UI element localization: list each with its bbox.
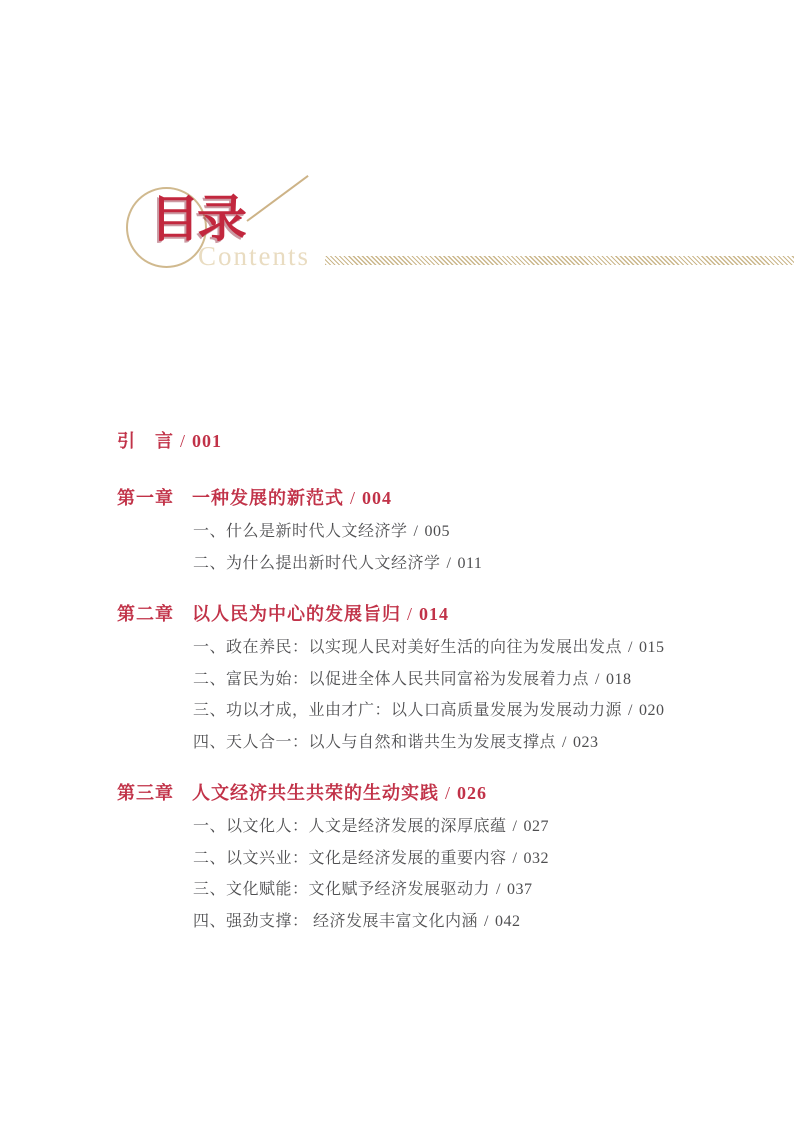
entry-text: 一、什么是新时代人文经济学	[193, 523, 408, 540]
toc-entry: 一、什么是新时代人文经济学/005	[117, 516, 737, 548]
separator: /	[180, 431, 186, 451]
chapter-title: 以人民为中心的发展旨归	[192, 604, 401, 624]
page-number: 026	[457, 783, 487, 803]
separator: /	[628, 702, 633, 719]
intro-label: 引 言	[117, 431, 174, 451]
separator: /	[445, 783, 451, 803]
entry-text: 一、以文化人：人文是经济发展的深厚底蕴	[193, 818, 507, 835]
separator: /	[407, 604, 413, 624]
hatch-band-decoration	[325, 256, 794, 265]
toc-intro-entry: 引 言/001	[117, 427, 737, 455]
document-page: 目录 Contents 引 言/001 第一章一种发展的新范式/004 一、什么…	[0, 0, 794, 1122]
entry-text: 一、政在养民：以实现人民对美好生活的向往为发展出发点	[193, 639, 622, 656]
chapter-label: 第三章	[117, 783, 174, 803]
entry-text: 二、富民为始：以促进全体人民共同富裕为发展着力点	[193, 671, 589, 688]
chapter-label: 第一章	[117, 488, 174, 508]
toc-entry: 二、富民为始：以促进全体人民共同富裕为发展着力点/018	[117, 664, 737, 696]
entry-text: 四、天人合一：以人与自然和谐共生为发展支撑点	[193, 734, 556, 751]
separator: /	[414, 523, 419, 540]
page-number: 020	[639, 702, 665, 719]
page-number: 015	[639, 639, 665, 656]
toc-entry: 一、以文化人：人文是经济发展的深厚底蕴/027	[117, 811, 737, 843]
chapter-heading: 第一章一种发展的新范式/004	[117, 483, 737, 513]
entry-text: 二、以文兴业：文化是经济发展的重要内容	[193, 850, 507, 867]
chapter-label: 第二章	[117, 604, 174, 624]
entry-text: 二、为什么提出新时代人文经济学	[193, 555, 441, 572]
diagonal-line-decoration	[246, 175, 308, 222]
page-number: 011	[457, 555, 482, 572]
chapter-heading: 第三章人文经济共生共荣的生动实践/026	[117, 778, 737, 808]
table-of-contents: 引 言/001 第一章一种发展的新范式/004 一、什么是新时代人文经济学/00…	[117, 427, 737, 937]
separator: /	[513, 818, 518, 835]
toc-entry: 四、天人合一：以人与自然和谐共生为发展支撑点/023	[117, 727, 737, 759]
separator: /	[447, 555, 452, 572]
page-number: 005	[424, 523, 450, 540]
page-number: 032	[523, 850, 549, 867]
page-title: 目录	[150, 191, 244, 249]
page-number: 014	[419, 604, 449, 624]
page-number: 037	[507, 881, 533, 898]
separator: /	[484, 913, 489, 930]
page-number: 001	[192, 431, 222, 451]
chapter-title: 人文经济共生共荣的生动实践	[192, 783, 439, 803]
chapter-items: 一、什么是新时代人文经济学/005 二、为什么提出新时代人文经济学/011	[117, 516, 737, 579]
toc-chapter-3: 第三章人文经济共生共荣的生动实践/026 一、以文化人：人文是经济发展的深厚底蕴…	[117, 778, 737, 937]
toc-chapter-2: 第二章以人民为中心的发展旨归/014 一、政在养民：以实现人民对美好生活的向往为…	[117, 599, 737, 758]
separator: /	[350, 488, 356, 508]
separator: /	[628, 639, 633, 656]
entry-text: 三、文化赋能：文化赋予经济发展驱动力	[193, 881, 490, 898]
page-number: 023	[573, 734, 599, 751]
chapter-heading: 第二章以人民为中心的发展旨归/014	[117, 599, 737, 629]
toc-entry: 三、文化赋能：文化赋予经济发展驱动力/037	[117, 874, 737, 906]
separator: /	[513, 850, 518, 867]
chapter-items: 一、政在养民：以实现人民对美好生活的向往为发展出发点/015 二、富民为始：以促…	[117, 632, 737, 758]
entry-text: 四、强劲支撑： 经济发展丰富文化内涵	[193, 913, 478, 930]
page-subtitle: Contents	[198, 242, 310, 272]
chapter-items: 一、以文化人：人文是经济发展的深厚底蕴/027 二、以文兴业：文化是经济发展的重…	[117, 811, 737, 937]
entry-text: 三、功以才成，业由才广：以人口高质量发展为发展动力源	[193, 702, 622, 719]
separator: /	[562, 734, 567, 751]
toc-entry: 二、以文兴业：文化是经济发展的重要内容/032	[117, 843, 737, 875]
page-number: 004	[362, 488, 392, 508]
page-number: 027	[523, 818, 549, 835]
toc-entry: 三、功以才成，业由才广：以人口高质量发展为发展动力源/020	[117, 695, 737, 727]
toc-entry: 四、强劲支撑： 经济发展丰富文化内涵/042	[117, 906, 737, 938]
separator: /	[496, 881, 501, 898]
toc-chapter-1: 第一章一种发展的新范式/004 一、什么是新时代人文经济学/005 二、为什么提…	[117, 483, 737, 579]
chapter-title: 一种发展的新范式	[192, 488, 344, 508]
page-number: 018	[606, 671, 632, 688]
separator: /	[595, 671, 600, 688]
toc-header: 目录 Contents	[0, 0, 794, 300]
toc-entry: 二、为什么提出新时代人文经济学/011	[117, 548, 737, 580]
page-number: 042	[495, 913, 521, 930]
toc-entry: 一、政在养民：以实现人民对美好生活的向往为发展出发点/015	[117, 632, 737, 664]
